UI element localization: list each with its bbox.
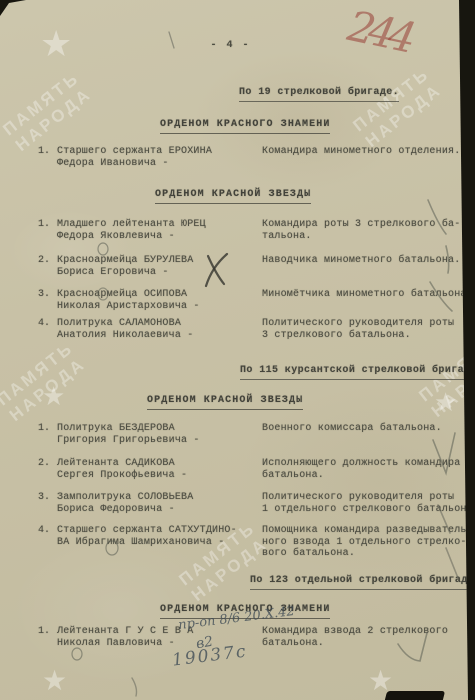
entry-name-line: ВА Ибрагима Шамрихановича - xyxy=(57,537,237,549)
entry-name-line: Младшего лейтенанта ЮРЕЦ xyxy=(57,219,206,231)
entry-name-line: Замполитрука СОЛОВЬЕВА xyxy=(57,492,193,504)
entry-name: Лейтенанта САДИКОВА Сергея Прокофьевича … xyxy=(57,458,187,481)
entry-number: 1. xyxy=(38,423,50,435)
entry-number: 3. xyxy=(38,289,50,301)
watermark-line: НАРОДА xyxy=(428,350,475,422)
entry-name: Старшего сержанта ЕРОХИНА Федора Иванови… xyxy=(57,146,212,169)
entry-name-line: Старшего сержанта ЕРОХИНА xyxy=(57,146,212,158)
entry-name: Политрука САЛАМОНОВА Анатолия Николаевич… xyxy=(57,318,193,341)
entry-name-line: Федора Яковлевича - xyxy=(57,231,206,243)
watermark-line: НАРОДА xyxy=(6,354,90,426)
entry-role: Военного комиссара батальона. xyxy=(262,423,442,435)
entry-number: 2. xyxy=(38,458,50,470)
archive-watermark: ПАМЯТЬ НАРОДА xyxy=(0,68,96,156)
entry-role: Исполняющего должность командира батальо… xyxy=(262,458,460,481)
page-number: - 4 - xyxy=(0,40,461,52)
order-title: ОРДЕНОМ КРАСНОЙ ЗВЕЗДЫ xyxy=(155,189,311,204)
entry-role-line: тальона. xyxy=(262,231,460,243)
entry-role: Помощника командира разведыватель- ного … xyxy=(262,525,473,560)
star-watermark-icon: ★ xyxy=(42,664,67,697)
entry-name: Политрука БЕЗДЕРОВА Григория Григорьевич… xyxy=(57,423,200,446)
entry-number: 3. xyxy=(38,492,50,504)
entry-role: Командира роты 3 стрелкового ба- тальона… xyxy=(262,219,460,242)
pen-stroke xyxy=(132,678,137,696)
entry-name-line: Политрука САЛАМОНОВА xyxy=(57,318,193,330)
order-title: ОРДЕНОМ КРАСНОГО ЗНАМЕНИ xyxy=(160,119,330,134)
entry-name-line: Сергея Прокофьевича - xyxy=(57,470,187,482)
entry-name-line: Николая Аристарховича - xyxy=(57,301,200,313)
entry-name: Лейтенанта Г У С Е В А Николая Павловича… xyxy=(57,626,193,649)
entry-name-line: Красноармейца БУРУЛЕВА xyxy=(57,255,193,267)
star-watermark-icon: ★ xyxy=(42,382,65,412)
entry-role: Политического руководителя роты 3 стрелк… xyxy=(262,318,454,341)
entry-name-line: Красноармейца ОСИПОВА xyxy=(57,289,200,301)
entry-role-line: Командира роты 3 стрелкового ба- xyxy=(262,219,460,231)
entry-role: Миномётчика минометного батальона. xyxy=(262,289,473,301)
entry-name-line: Николая Павловича - xyxy=(57,638,193,650)
brigade-heading: По 123 отдельной стрелковой бригаде. xyxy=(250,575,475,590)
entry-role: Командира взвода 2 стрелкового батальона… xyxy=(262,626,448,649)
entry-number: 1. xyxy=(38,626,50,638)
entry-role-line: Военного комиссара батальона. xyxy=(262,423,442,435)
brigade-heading: По 19 стрелковой бригаде. xyxy=(239,87,399,102)
entry-number: 4. xyxy=(38,525,50,537)
entry-name: Красноармейца ОСИПОВА Николая Аристархов… xyxy=(57,289,200,312)
red-pencil-page-mark: 244 xyxy=(344,4,414,60)
entry-number: 2. xyxy=(38,255,50,267)
entry-name-line: Федора Ивановича - xyxy=(57,158,212,170)
entry-name: Младшего лейтенанта ЮРЕЦ Федора Яковлеви… xyxy=(57,219,206,242)
entry-role-line: Политического руководителя роты xyxy=(262,318,454,330)
entry-number: 4. xyxy=(38,318,50,330)
scan-artifact xyxy=(385,691,445,700)
entry-name-line: Лейтенанта Г У С Е В А xyxy=(57,626,193,638)
entry-role: Наводчика минометного батальона. xyxy=(262,255,460,267)
watermark-line: ПАМЯТЬ xyxy=(0,68,84,140)
entry-role-line: Миномётчика минометного батальона. xyxy=(262,289,473,301)
entry-name: Красноармейца БУРУЛЕВА Бориса Егоровича … xyxy=(57,255,193,278)
brigade-heading: По 115 курсантской стрелковой бригаде. xyxy=(240,365,475,380)
entry-name-line: Бориса Федоровича - xyxy=(57,504,193,516)
entry-name-line: Бориса Егоровича - xyxy=(57,267,193,279)
entry-role-line: ного взвода 1 отдельного стрелко- xyxy=(262,537,473,549)
entry-role-line: Политического руководителя роты xyxy=(262,492,475,504)
entry-role-line: 1 отдельного стрелкового батальона. xyxy=(262,504,475,516)
entry-role-line: батальона. xyxy=(262,470,460,482)
entry-role-line: Помощника командира разведыватель- xyxy=(262,525,473,537)
entry-name-line: Анатолия Николаевича - xyxy=(57,330,193,342)
entry-role-line: Командира минометного отделения. xyxy=(262,146,460,158)
entry-role-line: 3 стрелкового батальона. xyxy=(262,330,454,342)
entry-number: 1. xyxy=(38,219,50,231)
award-entry: 4. Старшего сержанта САТХУТДИНО- ВА Ибра… xyxy=(0,525,475,565)
entry-role: Политического руководителя роты 1 отдель… xyxy=(262,492,475,515)
star-watermark-icon: ★ xyxy=(434,388,457,418)
award-entry: 1. Младшего лейтенанта ЮРЕЦ Федора Яковл… xyxy=(0,219,475,259)
archive-watermark: ПАМЯТЬ НАРОДА xyxy=(349,64,446,152)
entry-role-line: Исполняющего должность командира xyxy=(262,458,460,470)
award-entry: 1. Старшего сержанта ЕРОХИНА Федора Иван… xyxy=(0,146,475,186)
entry-name: Старшего сержанта САТХУТДИНО- ВА Ибрагим… xyxy=(57,525,237,548)
award-entry: 1. Политрука БЕЗДЕРОВА Григория Григорье… xyxy=(0,423,475,463)
entry-name-line: Политрука БЕЗДЕРОВА xyxy=(57,423,200,435)
scanned-document: ПАМЯТЬ НАРОДА ПАМЯТЬ НАРОДА ПАМЯТЬ НАРОД… xyxy=(0,0,475,700)
entry-role-line: Командира взвода 2 стрелкового xyxy=(262,626,448,638)
entry-name-line: Старшего сержанта САТХУТДИНО- xyxy=(57,525,237,537)
document-paper: ПАМЯТЬ НАРОДА ПАМЯТЬ НАРОДА ПАМЯТЬ НАРОД… xyxy=(0,0,475,700)
award-entry: 4. Политрука САЛАМОНОВА Анатолия Николае… xyxy=(0,318,475,358)
entry-role: Командира минометного отделения. xyxy=(262,146,460,158)
entry-role-line: батальона. xyxy=(262,638,448,650)
entry-name-line: Григория Григорьевича - xyxy=(57,435,200,447)
entry-role-line: Наводчика минометного батальона. xyxy=(262,255,460,267)
order-title: ОРДЕНОМ КРАСНОЙ ЗВЕЗДЫ xyxy=(147,395,303,410)
entry-name: Замполитрука СОЛОВЬЕВА Бориса Федоровича… xyxy=(57,492,193,515)
entry-number: 1. xyxy=(38,146,50,158)
entry-name-line: Лейтенанта САДИКОВА xyxy=(57,458,187,470)
entry-role-line: вого батальона. xyxy=(262,548,473,560)
